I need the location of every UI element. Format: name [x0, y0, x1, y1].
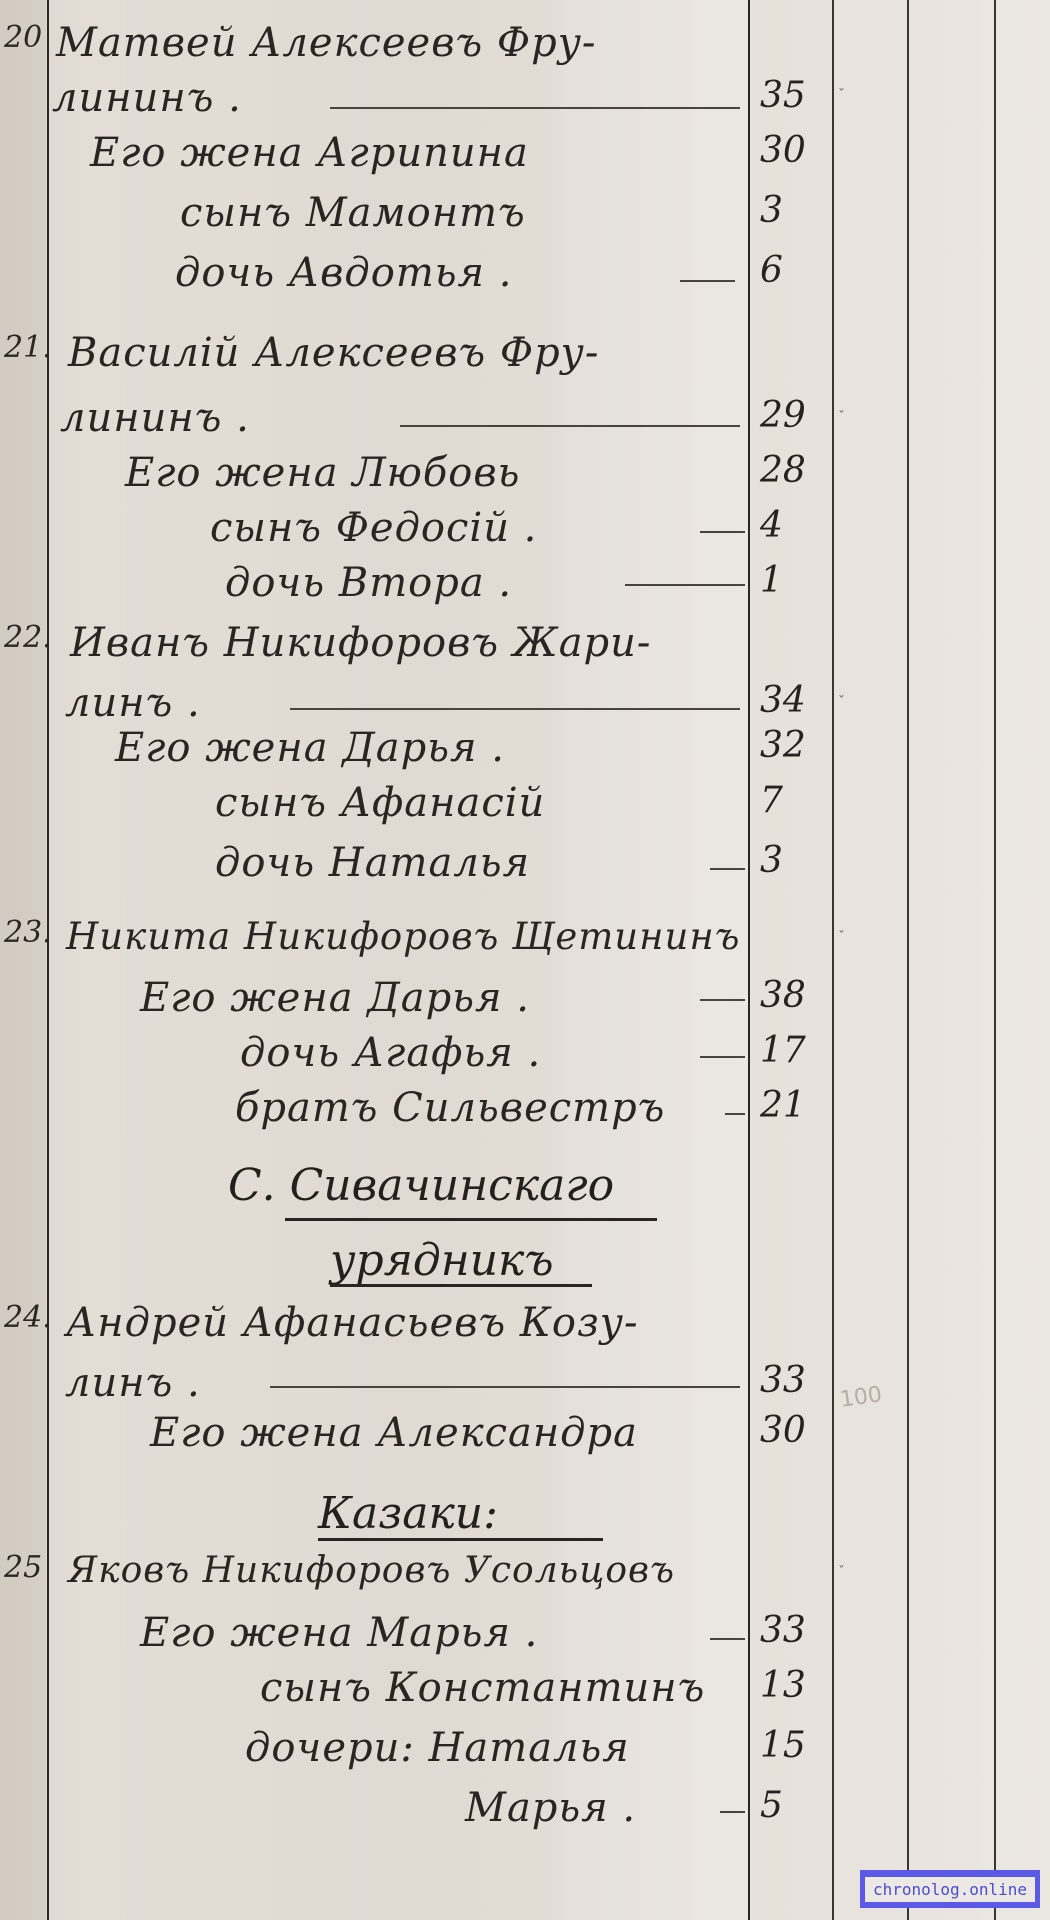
age-value: 6: [760, 250, 830, 291]
fill-dash: [710, 868, 745, 870]
family-member-row: Его жена Любовь 28: [0, 450, 1050, 500]
family-member-name: дочь Наталья: [215, 840, 530, 886]
family-member-name: дочь Авдотья .: [175, 250, 512, 296]
entry-22-line: линъ . 34 ˇ: [0, 680, 1050, 730]
fill-dash: [330, 107, 740, 109]
family-member-name: дочь Втора .: [225, 560, 512, 606]
check-mark: ˇ: [838, 87, 845, 103]
fill-dash: [710, 1638, 745, 1640]
age-value: 21: [760, 1085, 830, 1126]
age-value: 15: [760, 1725, 830, 1766]
family-member-name: Его жена Марья .: [140, 1610, 538, 1656]
family-member-name: дочь Агафья .: [240, 1030, 541, 1076]
family-member-row: Марья . 5: [0, 1785, 1050, 1835]
family-member-name: Его жена Любовь: [125, 450, 520, 496]
family-member-name: Его жена Дарья .: [115, 725, 505, 771]
age-value: 13: [760, 1665, 830, 1706]
age-value: 38: [760, 975, 830, 1016]
fill-dash: [725, 1113, 745, 1115]
surname-continuation: линъ .: [65, 680, 201, 726]
age-value: 34: [760, 680, 830, 721]
section-heading-cossacks: Казаки:: [318, 1488, 498, 1539]
family-member-row: сынъ Афанасій 7: [0, 780, 1050, 830]
entry-number: 20: [4, 20, 48, 55]
entry-25-head: 25 Яковъ Никифоровъ Усольцовъ ˇ: [0, 1550, 1050, 1600]
family-member-name: дочери: Наталья: [245, 1725, 630, 1771]
heading-underline: [330, 1284, 592, 1287]
family-member-name: Его жена Александра: [150, 1410, 638, 1456]
family-member-row: дочь Агафья . 17: [0, 1030, 1050, 1080]
surname-continuation: лининъ .: [52, 75, 242, 121]
family-member-name: Его жена Дарья .: [140, 975, 530, 1021]
family-member-row: дочери: Наталья 15: [0, 1725, 1050, 1775]
family-member-name: сынъ Мамонтъ: [180, 190, 526, 236]
age-value: 33: [760, 1610, 830, 1651]
age-value: 3: [760, 840, 830, 881]
family-member-name: Марья .: [465, 1785, 636, 1831]
fill-dash: [290, 708, 740, 710]
entry-24-line: линъ . 33: [0, 1360, 1050, 1410]
entry-21-line: лининъ . 29 ˇ: [0, 395, 1050, 445]
age-value: 28: [760, 450, 830, 491]
household-head-name: Андрей Афанасьевъ Козу-: [66, 1300, 638, 1346]
age-value: 30: [760, 130, 830, 171]
family-member-row: дочь Втора . 1: [0, 560, 1050, 610]
age-value: 32: [760, 725, 830, 766]
entry-22-head: 22. Иванъ Никифоровъ Жари-: [0, 620, 1050, 670]
family-member-row: сынъ Константинъ 13: [0, 1665, 1050, 1715]
age-value: 4: [760, 505, 830, 546]
family-member-row: дочь Авдотья . 6: [0, 250, 1050, 300]
family-member-name: сынъ Константинъ: [260, 1665, 705, 1711]
age-value: 7: [760, 780, 830, 821]
household-head-name: Иванъ Никифоровъ Жари-: [70, 620, 651, 666]
family-member-name: братъ Сильвестръ: [235, 1085, 665, 1131]
age-value: 3: [760, 190, 830, 231]
entry-20-head: 20 Матвей Алексеевъ Фру-: [0, 20, 1050, 70]
check-mark: ˇ: [838, 694, 845, 710]
heading-underline: [318, 1538, 603, 1541]
household-head-name: Никита Никифоровъ Щетининъ: [66, 915, 740, 958]
family-member-row: сынъ Федосій . 4: [0, 505, 1050, 555]
site-watermark: chronolog.online: [860, 1870, 1040, 1908]
age-value: 35: [760, 75, 830, 116]
surname-continuation: лининъ .: [60, 395, 250, 441]
family-member-row: Его жена Дарья . 38: [0, 975, 1050, 1025]
register-page: 20 Матвей Алексеевъ Фру- лининъ . 35 ˇ Е…: [0, 0, 1050, 1920]
check-mark: ˇ: [838, 1564, 845, 1580]
fill-dash: [270, 1386, 740, 1388]
family-member-row: Его жена Марья . 33: [0, 1610, 1050, 1660]
family-member-name: сынъ Федосій .: [210, 505, 537, 551]
age-value: 1: [760, 560, 830, 601]
family-member-name: сынъ Афанасій: [215, 780, 545, 826]
check-mark: ˇ: [838, 409, 845, 425]
family-member-row: Его жена Александра 30: [0, 1410, 1050, 1460]
family-member-row: братъ Сильвестръ 21: [0, 1085, 1050, 1135]
entry-20-line: лининъ . 35 ˇ: [0, 75, 1050, 125]
section-heading-village: С. Сивачинскаго: [228, 1160, 614, 1211]
entry-24-head: 24. Андрей Афанасьевъ Козу-: [0, 1300, 1050, 1350]
fill-dash: [400, 425, 740, 427]
fill-dash: [720, 1811, 745, 1813]
family-member-row: Его жена Дарья . 32: [0, 725, 1050, 775]
entry-number: 22.: [4, 620, 48, 655]
fill-dash: [680, 280, 735, 282]
fill-dash: [700, 1056, 745, 1058]
household-head-name: Яковъ Никифоровъ Усольцовъ: [68, 1550, 675, 1591]
entry-number: 24.: [4, 1300, 48, 1335]
check-mark: ˇ: [838, 929, 845, 945]
age-value: 29: [760, 395, 830, 436]
household-head-name: Матвей Алексеевъ Фру-: [56, 20, 596, 66]
family-member-row: дочь Наталья 3: [0, 840, 1050, 890]
family-member-row: сынъ Мамонтъ 3: [0, 190, 1050, 240]
fill-dash: [700, 531, 745, 533]
family-member-row: Его жена Агрипина 30: [0, 130, 1050, 180]
family-member-name: Его жена Агрипина: [90, 130, 529, 176]
entry-21-head: 21. Василій Алексеевъ Фру-: [0, 330, 1050, 380]
heading-underline: [285, 1218, 657, 1221]
entry-23-head: 23. Никита Никифоровъ Щетининъ ˇ: [0, 915, 1050, 965]
entry-number: 23.: [4, 915, 48, 950]
household-head-name: Василій Алексеевъ Фру-: [68, 330, 599, 376]
fill-dash: [625, 584, 745, 586]
age-value: 33: [760, 1360, 830, 1401]
entry-number: 25: [4, 1550, 48, 1585]
fill-dash: [700, 999, 745, 1001]
section-heading-rank: урядникъ: [330, 1235, 554, 1286]
surname-continuation: линъ .: [65, 1360, 201, 1406]
age-value: 30: [760, 1410, 830, 1451]
age-value: 5: [760, 1785, 830, 1826]
watermark-text: chronolog.online: [865, 1877, 1035, 1902]
age-value: 17: [760, 1030, 830, 1071]
entry-number: 21.: [4, 330, 48, 365]
